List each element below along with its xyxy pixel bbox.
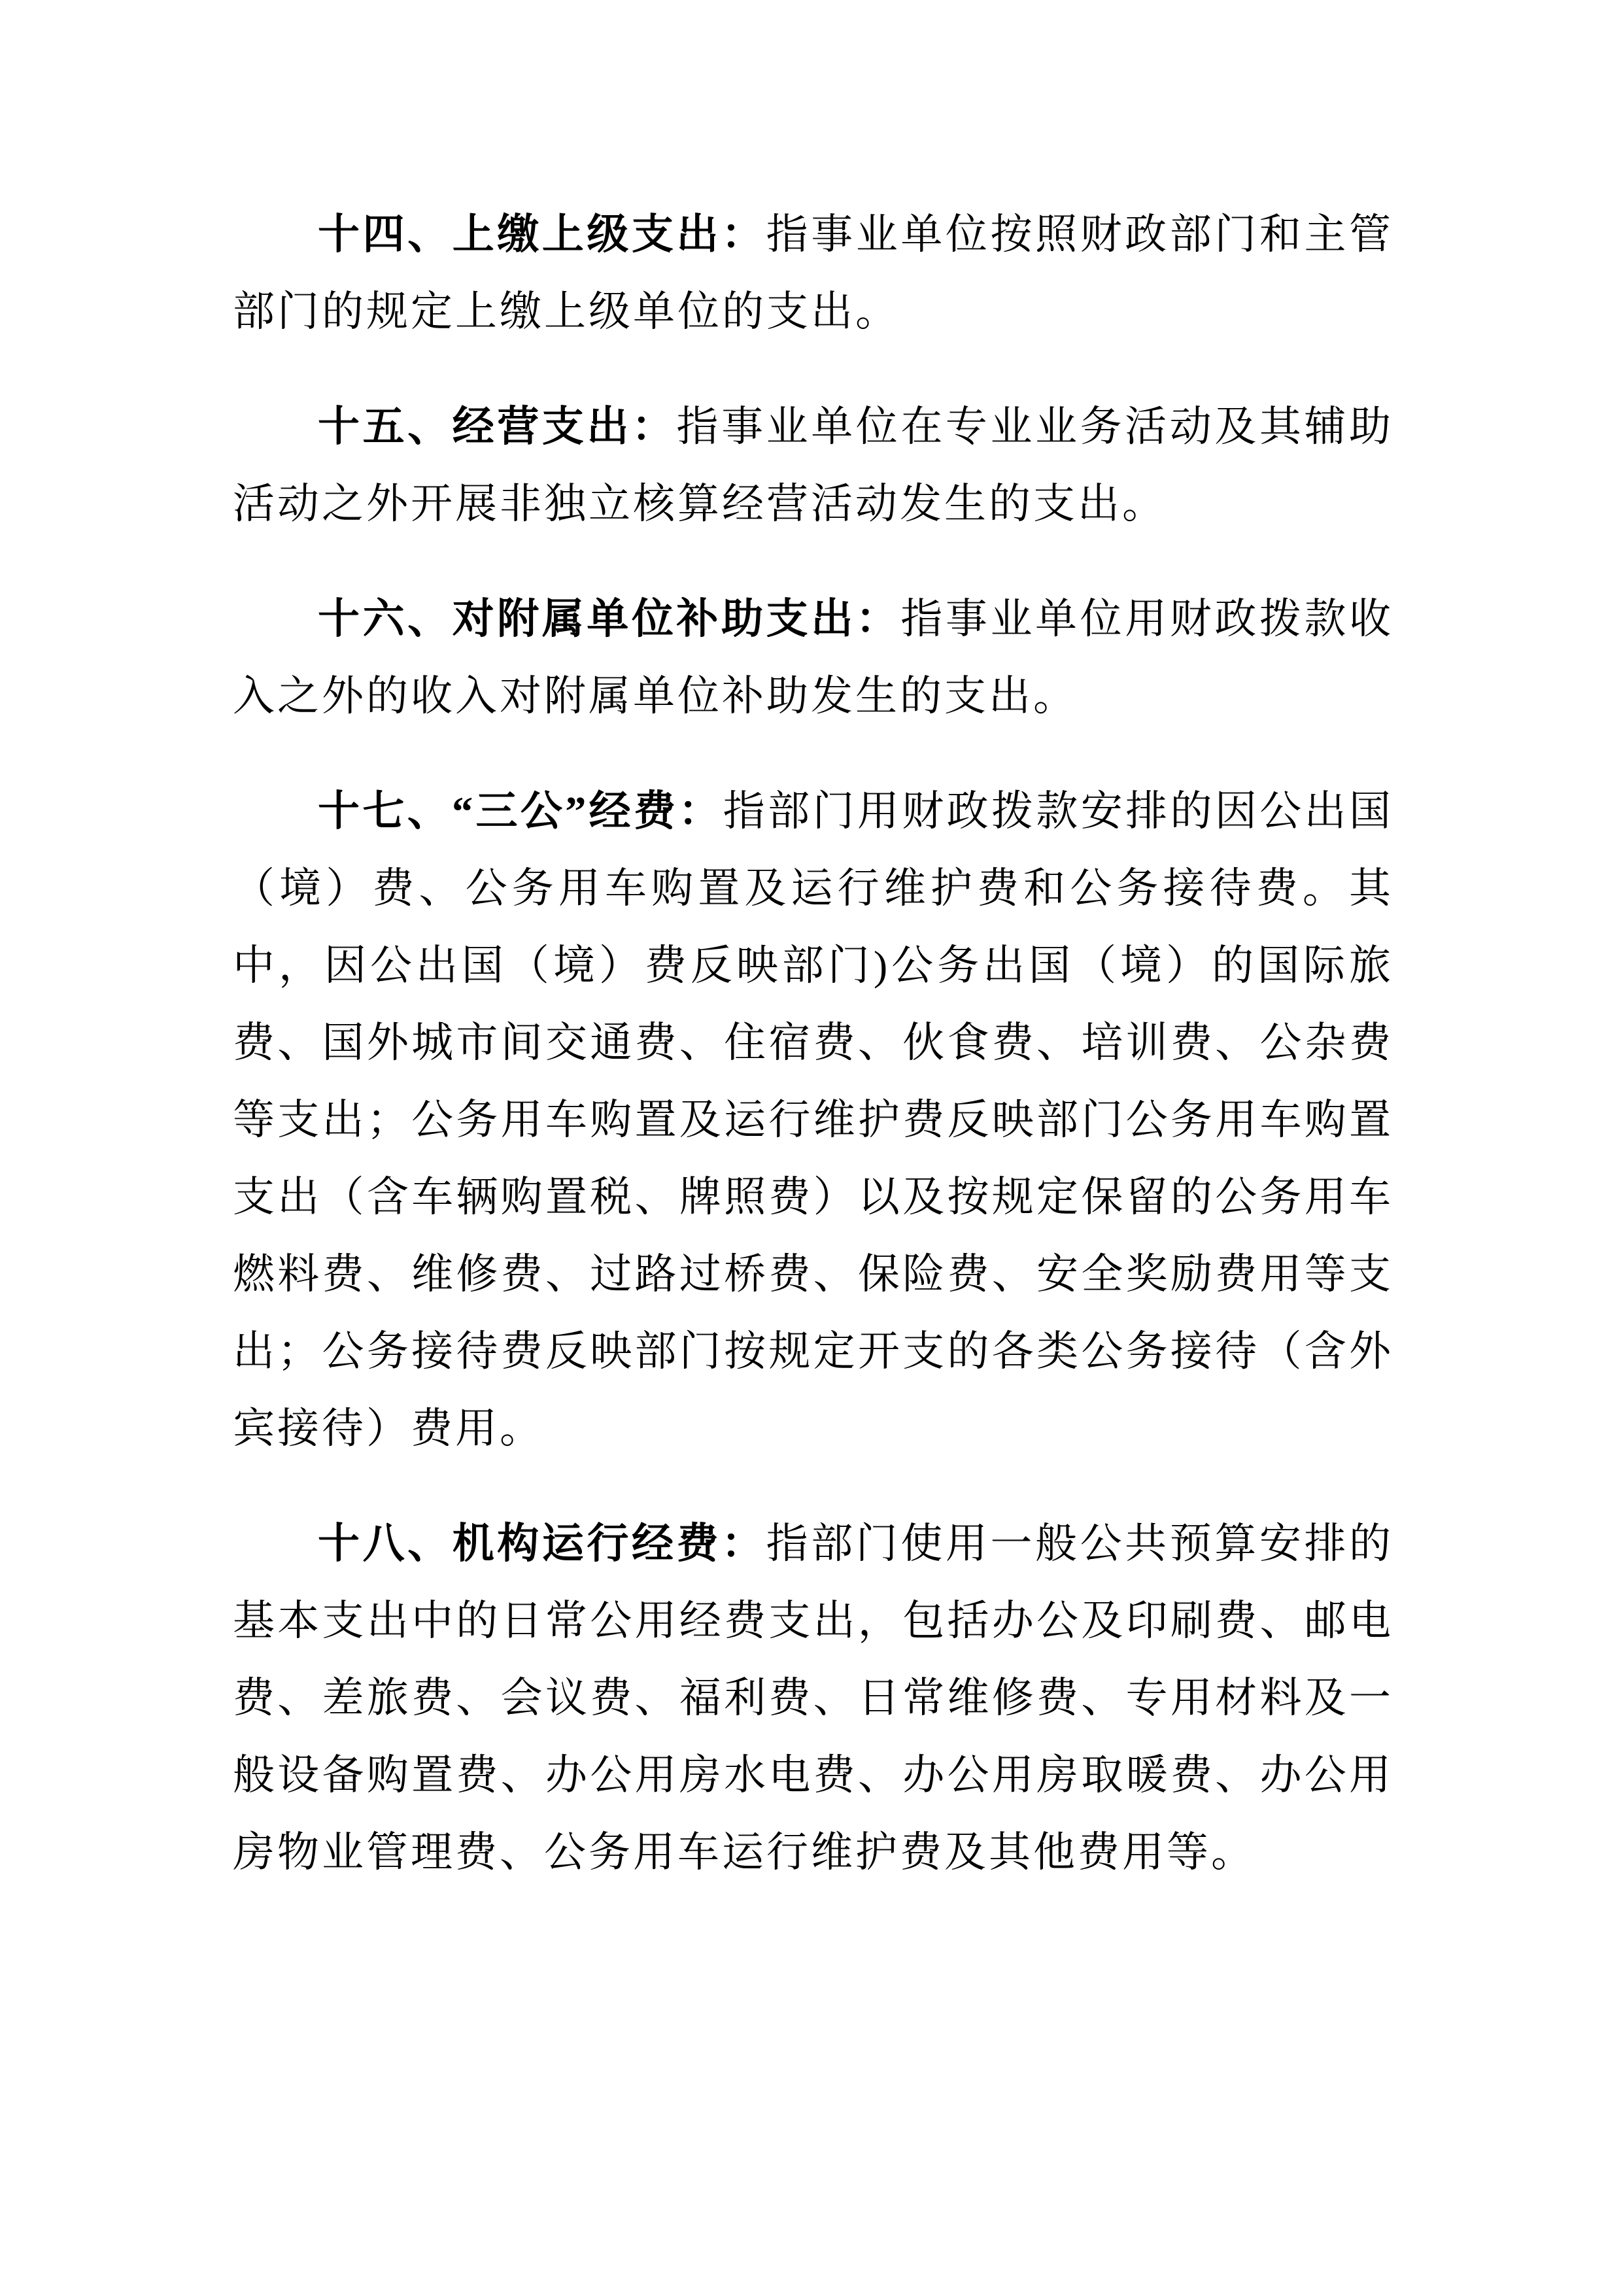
paragraph-17-heading: 十七、“三公”经费：: [318, 788, 723, 834]
paragraph-18: 十八、机构运行经费：指部门使用一般公共预算安排的基本支出中的日常公用经费支出，包…: [233, 1505, 1393, 1891]
paragraph-14-heading: 十四、上缴上级支出：: [318, 211, 766, 258]
paragraph-18-heading: 十八、机构运行经费：: [318, 1520, 766, 1567]
paragraph-17: 十七、“三公”经费：指部门用财政拨款安排的因公出国（境）费、公务用车购置及运行维…: [233, 773, 1393, 1467]
paragraph-17-body: 指部门用财政拨款安排的因公出国（境）费、公务用车购置及运行维护费和公务接待费。其…: [233, 788, 1393, 1452]
paragraph-15-heading: 十五、经营支出：: [318, 403, 677, 450]
paragraph-14: 十四、上缴上级支出：指事业单位按照财政部门和主管部门的规定上缴上级单位的支出。: [233, 196, 1393, 351]
paragraph-16-heading: 十六、对附属单位补助支出：: [318, 596, 900, 642]
paragraph-15: 十五、经营支出：指事业单位在专业业务活动及其辅助活动之外开展非独立核算经营活动发…: [233, 388, 1393, 543]
paragraph-16: 十六、对附属单位补助支出：指事业单位用财政拨款收入之外的收入对附属单位补助发生的…: [233, 581, 1393, 735]
document-page: 十四、上缴上级支出：指事业单位按照财政部门和主管部门的规定上缴上级单位的支出。 …: [0, 0, 1623, 2296]
paragraph-18-body: 指部门使用一般公共预算安排的基本支出中的日常公用经费支出，包括办公及印刷费、邮电…: [233, 1520, 1393, 1876]
document-content: 十四、上缴上级支出：指事业单位按照财政部门和主管部门的规定上缴上级单位的支出。 …: [233, 196, 1393, 1929]
